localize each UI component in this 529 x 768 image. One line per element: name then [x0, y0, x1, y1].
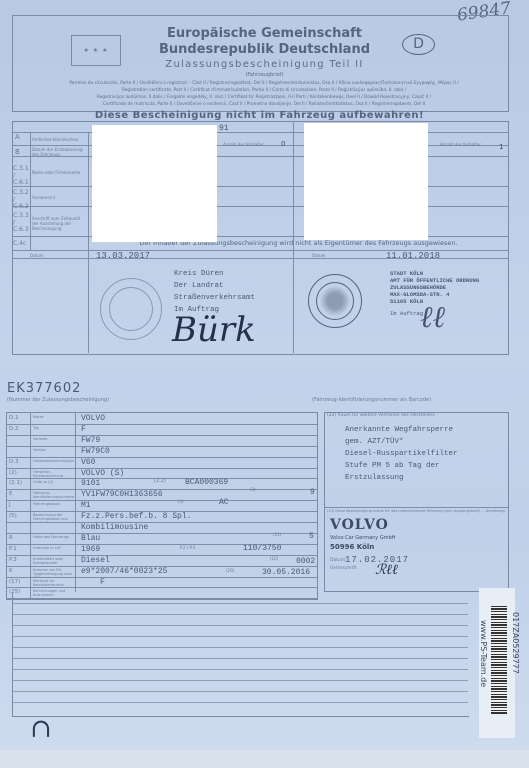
- date-label-left: Datum: [30, 253, 44, 258]
- entry-right-date: 11.01.2018: [386, 251, 440, 261]
- vehicle-row-value: 1969: [81, 545, 100, 554]
- redacted-area-right: [304, 123, 428, 240]
- anzahl-value-left: 0: [281, 140, 285, 148]
- note-line: Diesel-Russpartikelfilter: [345, 448, 458, 460]
- row-label-c33: Anschrift zum Zeitpunkt der Ausstellung …: [32, 216, 87, 231]
- partial-value-a: 91: [219, 124, 229, 133]
- manufacturer-cert-notice: (23) Diese Bescheinigung wurde für das n…: [327, 509, 505, 513]
- vehicle-row-code: E: [9, 491, 12, 497]
- p2-value: 110/3750: [243, 544, 281, 553]
- divider: [12, 206, 508, 207]
- vehicle-row-label: Kraftstoffart oder Energiequelle: [33, 557, 74, 566]
- manufacturer-signature: ℛℓℓ: [375, 562, 398, 579]
- vehicle-row-label: Marke: [33, 415, 74, 424]
- vehicle-row-code: (5): [9, 513, 17, 519]
- warning-banner: Diese Bescheinigung nicht im Fahrzeug au…: [12, 110, 507, 121]
- divider: [12, 186, 508, 187]
- divider: [324, 507, 508, 508]
- vehicle-row-label: Fahrzeug-Identifizierungsnummer: [33, 491, 74, 500]
- redacted-area-left: [92, 125, 217, 242]
- authority-line: ZULASSUNGSBEHÖRDE: [390, 284, 479, 291]
- note-line: Anerkannte Wegfahrsperre: [345, 424, 458, 436]
- authority-line: Kreis Düren: [174, 268, 255, 280]
- divider: [12, 236, 508, 237]
- manufacturer-notes-label: (22) Raum für weitere Vermerke des Herst…: [327, 413, 435, 418]
- authority-line: MAX-GLOMSDA-STR. 4: [390, 291, 479, 298]
- anzahl-label-left: Anzahl der Vorhalter: [223, 142, 264, 147]
- divider: [6, 500, 317, 501]
- vehicle-row-code: K: [9, 568, 13, 574]
- vehicle-row-label: Merkmal zur Betriebserlaubnis: [33, 579, 74, 588]
- d2-value: BCA000369: [185, 478, 228, 487]
- note-line: Erstzulassung: [345, 472, 458, 484]
- divider: [6, 522, 317, 523]
- field3-value: 9: [310, 488, 315, 497]
- remark-line: [12, 702, 468, 703]
- authority-line: AMT FÜR ÖFFENTLICHE ORDNUNG: [390, 277, 479, 284]
- manufacturer-signature-label: Unterschrift: [330, 566, 357, 571]
- divider: [6, 424, 317, 425]
- header-title-1: Europäische Gemeinschaft: [0, 26, 529, 41]
- anzahl-value-right: 1: [499, 143, 503, 151]
- vehicle-row-value: Fz.z.Pers.bef.b. 8 Spl.: [81, 512, 191, 521]
- vehicle-row-value: Blau: [81, 534, 100, 543]
- volvo-logo: VOLVO: [330, 517, 389, 533]
- divider: [6, 533, 317, 534]
- divider: [6, 457, 317, 458]
- remark-line: [12, 647, 468, 648]
- vehicle-row-value: M1: [81, 501, 91, 510]
- vehicle-row-code: (2.1): [9, 480, 22, 486]
- signature-right: ℓℓ: [420, 300, 445, 335]
- vehicle-row-label: Nummer der EG-Typgenehmigung oder ABE: [33, 568, 74, 577]
- manufacturer-notes: Anerkannte Wegfahrsperre gem. AZT/TÜV* D…: [345, 424, 458, 484]
- multilingual-line: Certificado de matrícula, Parte II / Osv…: [14, 101, 514, 108]
- note-line: gem. AZT/TÜV*: [345, 436, 458, 448]
- vehicle-row-code: R: [9, 535, 13, 541]
- vehicle-row-code: (17): [9, 579, 20, 585]
- vehicle-row-label: [33, 524, 74, 533]
- handwritten-mark: ∩: [30, 714, 52, 744]
- vehicle-row-code: P.1: [9, 546, 17, 552]
- divider: [12, 132, 508, 133]
- seal-stadt-koeln: [308, 274, 362, 328]
- remarks-frame: [12, 592, 469, 717]
- anzahl-label-right: Anzahl der Vorhalter: [440, 142, 481, 147]
- divider: [30, 412, 31, 598]
- multilingual-line: Permiso de circulación, Parte II / Osvěd…: [14, 80, 514, 87]
- barcode-code: 017ZA0529777: [511, 612, 520, 674]
- authority-line: Der Landrat: [174, 280, 255, 292]
- seats-code: (11): [273, 532, 281, 537]
- vehicle-row-value: VOLVO (S): [81, 469, 124, 478]
- country-code-oval: D: [402, 34, 435, 55]
- field10-value: 0002: [296, 557, 316, 566]
- remark-line: [12, 658, 468, 659]
- seal-kreis-dueren: [100, 278, 162, 340]
- row-code-c33: C.3.3 / C.6.3: [13, 212, 29, 233]
- divider: [6, 446, 317, 447]
- field3-code: (3): [250, 487, 256, 492]
- divider: [6, 435, 317, 436]
- vehicle-row-value: V60: [81, 458, 95, 467]
- vehicle-row-code: (2): [9, 470, 17, 476]
- vehicle-row-label: Version: [33, 448, 74, 457]
- remark-line: [12, 669, 468, 670]
- row-label-c32: Vorname(n): [32, 195, 55, 200]
- manufacturer-company: Volvo Car Germany GmbH: [330, 535, 396, 541]
- vehicle-row-code: D.3: [9, 459, 18, 465]
- date-label-right: Datum: [312, 253, 326, 258]
- remark-line: [12, 603, 468, 604]
- vehicle-row-label: Hersteller-Kurzbezeichnung: [33, 470, 74, 479]
- row-code-a: A: [15, 133, 20, 141]
- vehicle-row-value: FW79C0: [81, 447, 110, 456]
- remark-line: [12, 680, 468, 681]
- vehicle-row-value: VOLVO: [81, 414, 105, 423]
- vehicle-row-code: D.1: [9, 415, 18, 421]
- registration-document: 69847 ★ ★ ★ Europäische Gemeinschaft Bun…: [0, 0, 529, 768]
- vehicle-row-value: Diesel: [81, 556, 110, 565]
- row-code-c31: C.3.1 / C.6.1: [13, 165, 29, 186]
- vehicle-row-code: P.3: [9, 557, 17, 563]
- vehicle-row-code: D.2: [9, 426, 18, 432]
- vehicle-row-value: e9*2007/46*0023*25: [81, 567, 167, 576]
- vehicle-row-label: Hubraum in cm³: [33, 546, 74, 555]
- manufacturer-date-label: Datum: [330, 558, 345, 563]
- row-code-c4c: C.4c: [13, 240, 26, 247]
- remark-line: [12, 614, 468, 615]
- authority-line: STADT KÖLN: [390, 270, 479, 277]
- entry-left-date: 13.03.2017: [96, 251, 150, 261]
- header-title-2: Bundesrepublik Deutschland: [0, 42, 529, 57]
- header-subtitle: (Fahrzeugbrief): [0, 72, 529, 78]
- barcode-website: www.PS-Team.de: [479, 620, 488, 687]
- seats-value: 5: [309, 532, 314, 541]
- field20-code: (20): [226, 568, 234, 573]
- vehicle-row-label: Handelsbezeichnung(en): [33, 459, 74, 468]
- vehicle-row-value: YV1FW79C0H1363656: [81, 490, 163, 499]
- authority-line: Straßenverkehrsamt: [174, 292, 255, 304]
- vehicle-row-value: FW79: [81, 436, 100, 445]
- vehicle-row-label: Typ: [33, 426, 74, 435]
- page-edge: [0, 750, 529, 768]
- field10-code: (10): [270, 556, 278, 561]
- certificate-number-label: (Nummer der Zulassungsbescheinigung): [7, 397, 109, 403]
- vin-barcode-label: (Fahrzeug-Identifizierungsnummer als Bar…: [312, 397, 431, 403]
- divider: [6, 468, 317, 469]
- field20-value: 30.05.2016: [262, 568, 316, 577]
- row-label-b: Datum der Erstzulassung des Fahrzeugs: [32, 147, 87, 157]
- remark-line: [12, 691, 468, 692]
- vehicle-row-label: Variante: [33, 437, 74, 446]
- multilingual-line: Registracijos liudijimas, II dalis / For…: [14, 94, 514, 101]
- multilingual-line: Registration certificate, Part II / Cert…: [14, 87, 514, 94]
- row-label-c31: Name oder Firmenname: [32, 170, 80, 175]
- vehicle-row-label: Fahrzeugklasse: [33, 502, 74, 511]
- certificate-number: EK377602: [7, 381, 81, 396]
- divider: [88, 133, 89, 353]
- divider: [30, 133, 31, 251]
- p2-code: P.2 / P.4: [180, 545, 195, 550]
- header-title-3: Zulassungsbescheinigung Teil II: [0, 59, 529, 70]
- divider: [6, 577, 317, 578]
- vehicle-row-value: F: [81, 425, 86, 434]
- vehicle-row-label: Farbe des Fahrzeugs: [33, 535, 74, 544]
- divider: [75, 412, 76, 592]
- remark-line: [12, 636, 468, 637]
- row-code-b: B: [15, 148, 20, 156]
- signature-left: Bürk: [172, 310, 256, 350]
- row-code-c32: C.3.2 / C.6.2: [13, 189, 29, 210]
- field4-code: (4): [178, 499, 184, 504]
- vehicle-row-value: F: [100, 578, 105, 587]
- vehicle-row-value: Kombilimousine: [81, 523, 148, 532]
- vehicle-row-code: J: [9, 502, 11, 508]
- row-label-a: Amtliches Kennzeichen: [32, 137, 78, 142]
- vehicle-row-value: 9101: [81, 479, 100, 488]
- remark-line: [12, 625, 468, 626]
- field4-value: AC: [219, 498, 229, 507]
- vehicle-row-label: Bezeichnung der Fahrzeugklasse und des A…: [33, 513, 74, 522]
- note-line: Stufe PM 5 ab Tag der: [345, 460, 458, 472]
- d2-code: (2.2): [154, 478, 166, 484]
- manufacturer-address: 50996 Köln: [330, 543, 374, 551]
- entry-left-authority: Kreis Düren Der Landrat Straßenverkehrsa…: [174, 268, 255, 316]
- vehicle-row-label: Code zu (2): [33, 480, 74, 489]
- barcode-icon: [491, 606, 507, 714]
